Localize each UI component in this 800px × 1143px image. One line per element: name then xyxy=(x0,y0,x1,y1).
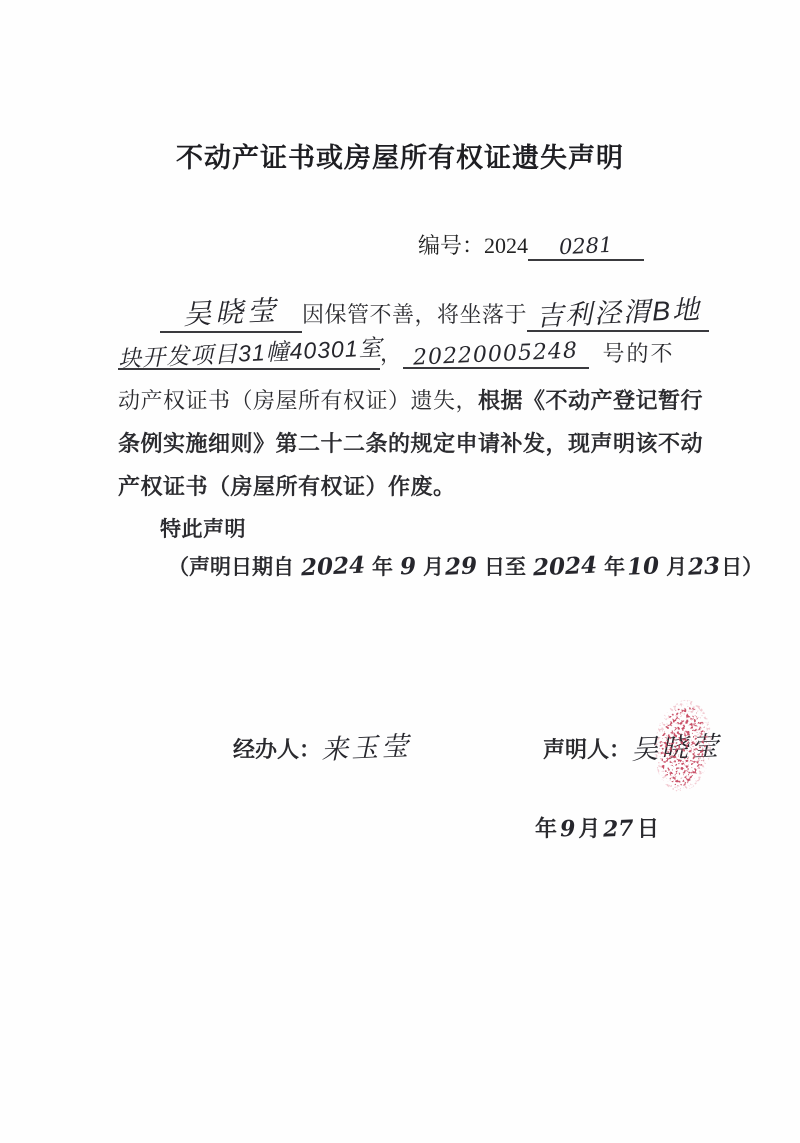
line1-printed-text: 因保管不善，将坐落于 xyxy=(302,302,527,327)
validity-open: （声明日期自 xyxy=(168,556,294,579)
location-blank-2: 块开发项目31幢40301室 xyxy=(118,335,380,370)
declarant-label: 声明人： xyxy=(543,737,631,762)
to-day-handwritten: 23 xyxy=(688,552,721,580)
line3-bold-text: 根据《不动产登记暂行 xyxy=(478,388,703,413)
serial-number-handwritten: 0281 xyxy=(559,233,613,259)
document-title: 不动产证书或房屋所有权证遗失声明 xyxy=(0,136,800,175)
body-line-3: 动产权证书（房屋所有权证）遗失，根据《不动产登记暂行 xyxy=(118,384,703,415)
from-year-handwritten: 2024 xyxy=(300,552,365,582)
body-line-5: 产权证书（房屋所有权证）作废。 xyxy=(118,470,456,501)
body-line-1: 吴晓莹因保管不善，将坐落于吉利泾渭B地 xyxy=(160,291,709,333)
date-day-label: 日 xyxy=(637,816,659,841)
body-line-4: 条例实施细则》第二十二条的规定申请补发，现声明该不动 xyxy=(118,427,703,458)
date-month-handwritten: 9 xyxy=(559,816,575,843)
date-day-handwritten: 27 xyxy=(603,815,635,842)
validity-mid-label: 日至 xyxy=(484,556,526,579)
cert-number-blank: 20220005248 xyxy=(403,341,589,369)
cert-number-handwritten: 20220005248 xyxy=(413,338,579,370)
closing-line: 特此声明 xyxy=(160,513,246,543)
handler-label: 经办人： xyxy=(233,737,321,762)
declarant-name-blank: 吴晓莹 xyxy=(160,291,302,333)
serial-label: 编号： xyxy=(418,233,484,258)
date-year-label: 年 xyxy=(535,816,557,841)
validity-month1-label: 月 xyxy=(423,556,444,579)
handler-signature-row: 经办人：来玉莹 xyxy=(233,726,411,765)
date-row: 年9月27日 xyxy=(535,812,659,843)
line3-serif-text: 动产权证书（房屋所有权证）遗失， xyxy=(118,388,478,413)
validity-year2-label: 年 xyxy=(604,556,625,579)
location-blank-1: 吉利泾渭B地 xyxy=(527,291,709,332)
location-handwritten-1: 吉利泾渭B地 xyxy=(535,287,702,333)
from-day-handwritten: 29 xyxy=(444,552,477,580)
date-month-label: 月 xyxy=(578,816,600,841)
to-year-handwritten: 2024 xyxy=(532,552,597,582)
fingerprint-stamp xyxy=(639,690,727,802)
handler-signature-handwritten: 来玉莹 xyxy=(320,724,412,767)
validity-line: （声明日期自2024年9月29日至2024年10月23日） xyxy=(168,551,763,581)
serial-number-blank: 0281 xyxy=(528,233,644,261)
line2-comma: ， xyxy=(380,341,403,366)
validity-month2-label: 月 xyxy=(666,556,687,579)
from-month-handwritten: 9 xyxy=(399,553,416,581)
document-page: 不动产证书或房屋所有权证遗失声明 编号：20240281 吴晓莹因保管不善，将坐… xyxy=(0,0,800,1143)
serial-printed-year: 2024 xyxy=(484,233,528,258)
to-month-handwritten: 10 xyxy=(626,552,659,580)
declarant-name-handwritten: 吴晓莹 xyxy=(182,289,280,333)
validity-close: 日） xyxy=(721,556,763,579)
body-line-2: 块开发项目31幢40301室，20220005248号的不 xyxy=(118,335,675,370)
validity-year1-label: 年 xyxy=(372,556,393,579)
line2-suffix: 号的不 xyxy=(603,341,675,366)
serial-row: 编号：20240281 xyxy=(418,229,644,261)
location-handwritten-2: 块开发项目31幢40301室 xyxy=(117,329,383,374)
